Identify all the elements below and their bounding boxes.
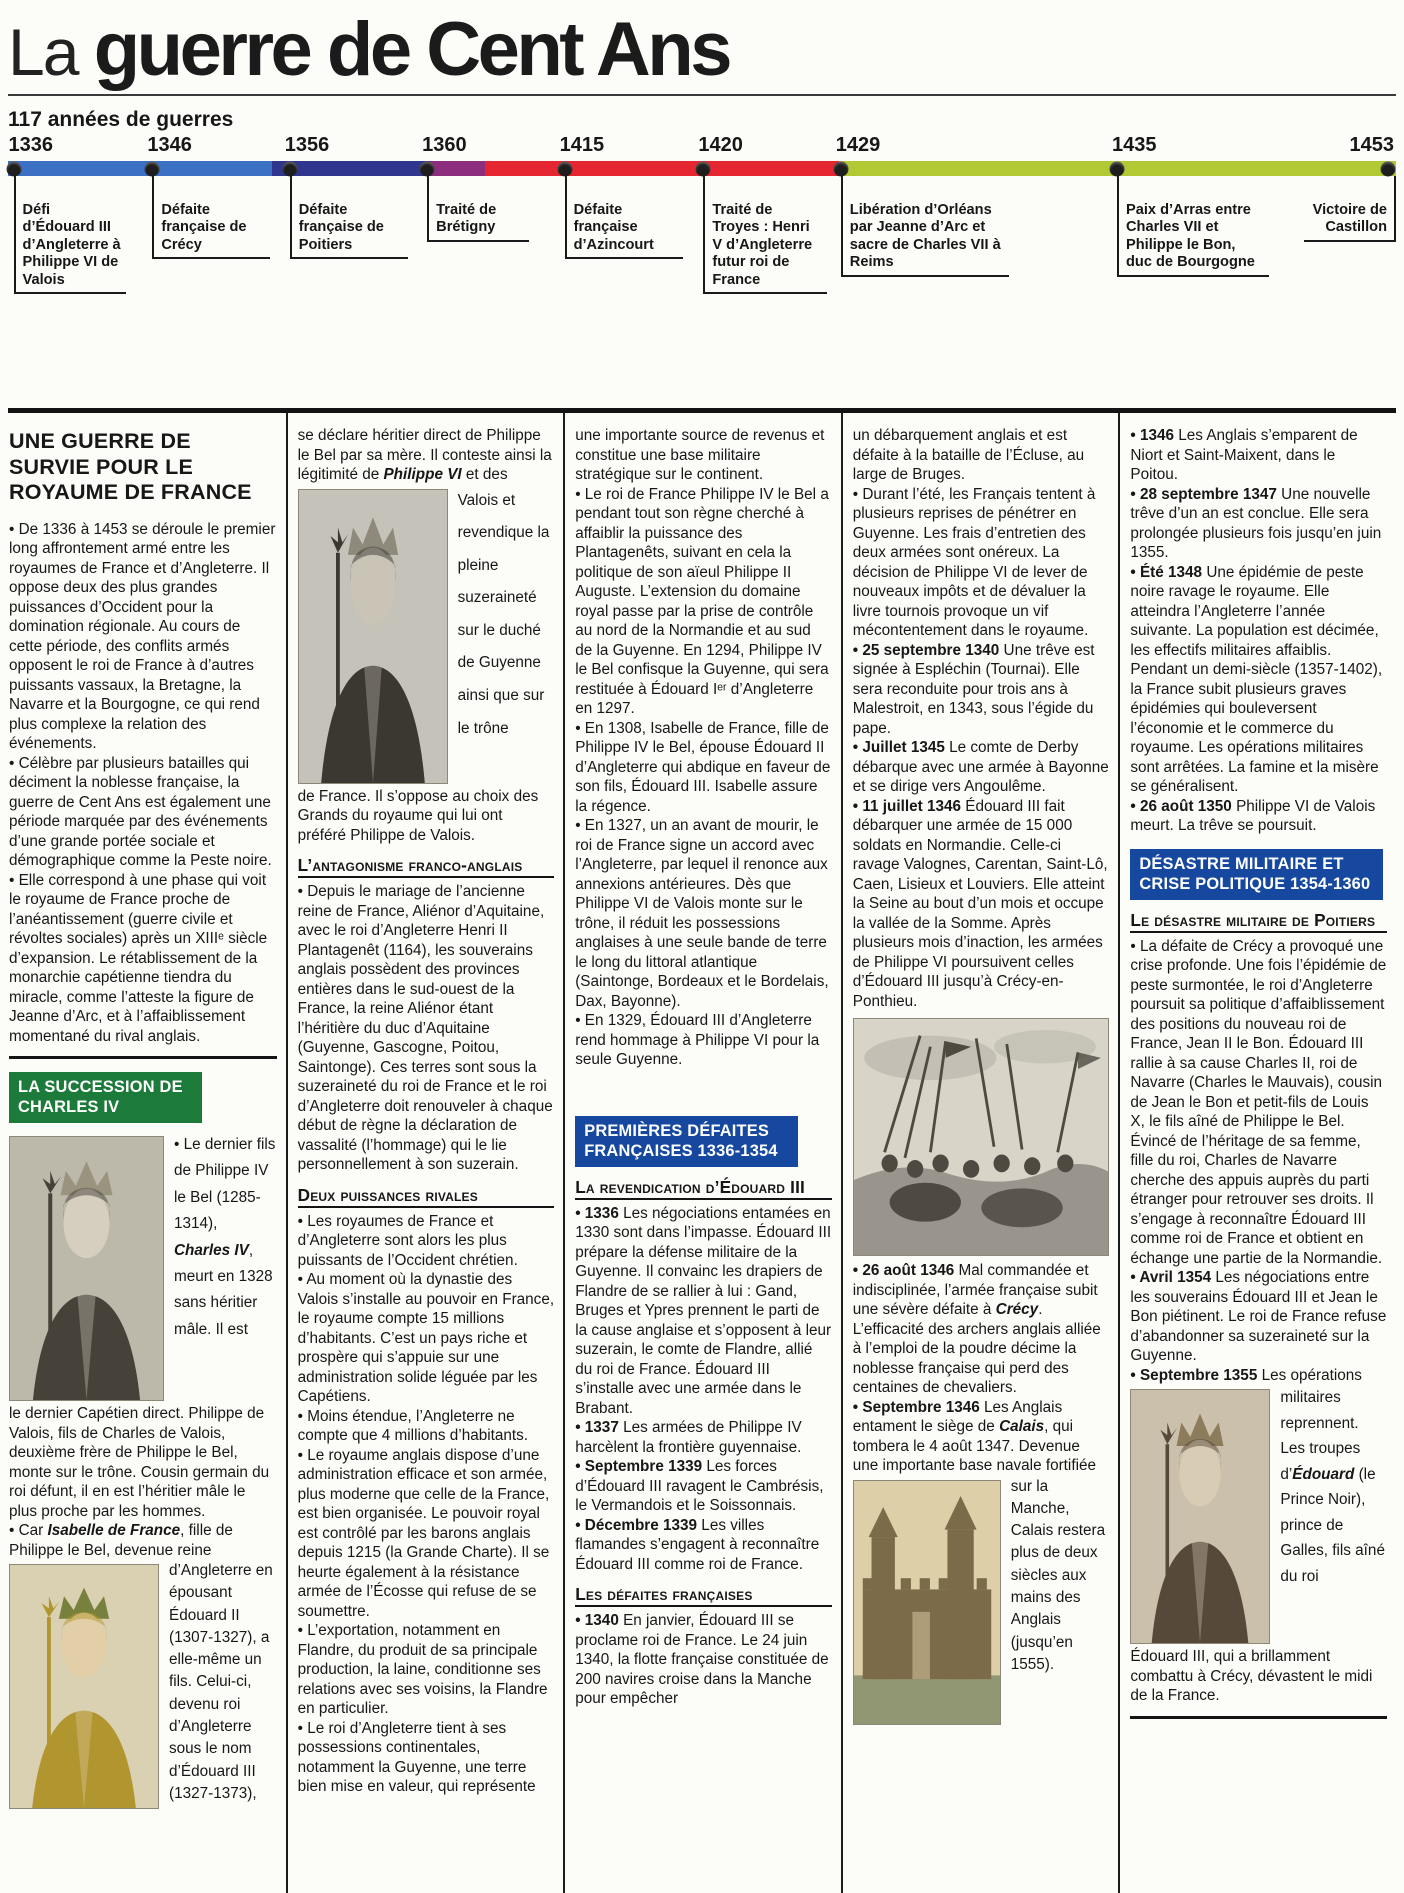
timeline-segment-purple xyxy=(430,161,486,176)
timeline-event-1453: Victoire de Castillon xyxy=(1304,176,1396,242)
column-3: une importante source de revenus et cons… xyxy=(563,413,841,1893)
timeline-segment-blue xyxy=(8,161,272,176)
timeline-year-1420: 1420 xyxy=(698,134,743,157)
timeline-dot-1435 xyxy=(1110,161,1125,176)
paragraph: • En 1329, Édouard III d’Angleterre rend… xyxy=(575,1011,832,1070)
paragraph: • 26 août 1350 Philippe VI de Valois meu… xyxy=(1130,797,1387,836)
timeline-dot-1336 xyxy=(6,161,21,176)
paragraph: • 26 août 1346 Mal commandée et indiscip… xyxy=(853,1261,1110,1398)
timeline-bar xyxy=(8,161,1396,176)
section-kicker: LA SUCCESSION DE CHARLES IV xyxy=(9,1072,202,1123)
timeline-event-1346: Défaite française de Crécy xyxy=(152,176,270,259)
section-kicker: DÉSASTRE MILITAIRE ET CRISE POLITIQUE 13… xyxy=(1130,849,1383,900)
paragraph: • Car Isabelle de France, fille de Phili… xyxy=(9,1521,277,1560)
paragraph: • Décembre 1339 Les villes flamandes s’e… xyxy=(575,1516,832,1575)
paragraph: • Au moment où la dynastie des Valois s’… xyxy=(298,1270,555,1407)
kicker-row: PREMIÈRES DÉFAITES FRANÇAISES 1336-1354 xyxy=(575,1116,832,1167)
paragraph: le dernier Capétien direct. Philippe de … xyxy=(9,1404,277,1521)
timeline-year-1453: 1453 xyxy=(1350,134,1395,157)
timeline-dot-1415 xyxy=(557,161,572,176)
paragraph: une importante source de revenus et cons… xyxy=(575,426,832,485)
kicker-row: DÉSASTRE MILITAIRE ET CRISE POLITIQUE 13… xyxy=(1130,849,1387,900)
bold-date: • Septembre 1346 xyxy=(853,1399,980,1416)
paragraph: militaires reprennent. Les troupes d’Édo… xyxy=(1130,1385,1387,1589)
column-4: un débarquement anglais et est défaite à… xyxy=(841,413,1119,1893)
column-2: se déclare héritier direct de Philippe l… xyxy=(286,413,564,1893)
timeline-event-1435: Paix d’Arras entre Charles VII et Philip… xyxy=(1117,176,1269,277)
page-title: La guerre de Cent Ans xyxy=(8,6,1396,102)
crecy-battle-engraving xyxy=(853,1018,1110,1256)
timeline-dot-1360 xyxy=(420,161,435,176)
paragraph: • Moins étendue, l’Angleterre ne compte … xyxy=(298,1407,555,1446)
paragraph: Édouard III, qui a brillamment combattu … xyxy=(1130,1647,1387,1706)
paragraph: Valois et revendique la pleine suzeraine… xyxy=(298,485,555,746)
timeline-year-1336: 1336 xyxy=(9,134,54,157)
paragraph: • Le roi de France Philippe IV le Bel a … xyxy=(575,485,832,719)
paragraph: de France. Il s’oppose au choix des Gran… xyxy=(298,787,555,846)
bold-date: • Décembre 1339 xyxy=(575,1517,697,1534)
emphasis-name: Édouard xyxy=(1292,1466,1354,1483)
bold-date: • 28 septembre 1347 xyxy=(1130,486,1277,503)
bold-date: • 26 août 1346 xyxy=(853,1262,954,1279)
charles-iv-portrait xyxy=(9,1136,164,1401)
section-heading: UNE GUERRE DE SURVIE POUR LE ROYAUME DE … xyxy=(9,429,277,506)
paragraph: • Le dernier fils de Philippe IV le Bel … xyxy=(9,1132,277,1343)
subsection-heading: La revendication d’Édouard III xyxy=(575,1177,832,1200)
paragraph: • Durant l’été, les Français tentent à p… xyxy=(853,485,1110,641)
bold-date: • 1336 xyxy=(575,1205,619,1222)
paragraph: • L’exportation, notamment en Flandre, d… xyxy=(298,1621,555,1719)
title-rule xyxy=(8,94,1396,96)
column-5: • 1346 Les Anglais s’emparent de Niort e… xyxy=(1118,413,1396,1893)
subsection-heading: Deux puissances rivales xyxy=(298,1185,555,1208)
column-1: UNE GUERRE DE SURVIE POUR LE ROYAUME DE … xyxy=(8,413,286,1893)
paragraph: • 1346 Les Anglais s’emparent de Niort e… xyxy=(1130,426,1387,485)
paragraph: • En 1308, Isabelle de France, fille de … xyxy=(575,719,832,817)
section-kicker: PREMIÈRES DÉFAITES FRANÇAISES 1336-1354 xyxy=(575,1116,798,1167)
paragraph: • Le royaume anglais dispose d’une admin… xyxy=(298,1446,555,1622)
timeline-year-1346: 1346 xyxy=(147,134,192,157)
emphasis-name: Charles IV xyxy=(174,1242,249,1259)
paragraph: • 1340 En janvier, Édouard III se procla… xyxy=(575,1611,832,1709)
paragraph: • En 1327, un an avant de mourir, le roi… xyxy=(575,816,832,1011)
paragraph: • Avril 1354 Les négociations entre les … xyxy=(1130,1268,1387,1366)
timeline-event-1336: Défi d’Édouard III d’Angleterre à Philip… xyxy=(14,176,126,294)
title-main: guerre de Cent Ans xyxy=(94,7,729,92)
paragraph: se déclare héritier direct de Philippe l… xyxy=(298,426,555,485)
kicker-row: LA SUCCESSION DE CHARLES IV xyxy=(9,1072,277,1123)
bold-date: • Septembre 1339 xyxy=(575,1458,702,1475)
paragraph: • Les royaumes de France et d’Angleterre… xyxy=(298,1212,555,1271)
timeline-year-1435: 1435 xyxy=(1112,134,1157,157)
paragraph: • Septembre 1339 Les forces d’Édouard II… xyxy=(575,1457,832,1516)
timeline-dot-1429 xyxy=(833,161,848,176)
timeline-year-1356: 1356 xyxy=(285,134,330,157)
paragraph: • Célèbre par plusieurs batailles qui dé… xyxy=(9,754,277,871)
timeline-event-1415: Défaite française d’Azincourt xyxy=(565,176,683,259)
timeline-labels: Défi d’Édouard III d’Angleterre à Philip… xyxy=(8,176,1396,408)
paragraph: • Juillet 1345 Le comte de Derby débarqu… xyxy=(853,738,1110,797)
timeline-dot-1420 xyxy=(696,161,711,176)
timeline-dot-1356 xyxy=(282,161,297,176)
paragraph: • Elle correspond à une phase qui voit l… xyxy=(9,871,277,1047)
paragraph: • Été 1348 Une épidémie de peste noire r… xyxy=(1130,563,1387,797)
bold-date: • 1346 xyxy=(1130,427,1174,444)
paragraph: • 1336 Les négociations entamées en 1330… xyxy=(575,1204,832,1419)
philippe-vi-portrait xyxy=(298,489,448,784)
paragraph: un débarquement anglais et est défaite à… xyxy=(853,426,1110,485)
timeline-event-1356: Défaite française de Poitiers xyxy=(290,176,408,259)
bold-date: • 1340 xyxy=(575,1612,619,1629)
paragraph: • 25 septembre 1340 Une trêve est signée… xyxy=(853,641,1110,739)
emphasis-name: Isabelle de France xyxy=(48,1522,181,1539)
paragraph: • 11 juillet 1346 Édouard III fait débar… xyxy=(853,797,1110,1012)
emphasis-name: Crécy xyxy=(996,1301,1039,1318)
paragraph: • Septembre 1346 Les Anglais entament le… xyxy=(853,1398,1110,1476)
paragraph: • 28 septembre 1347 Une nouvelle trêve d… xyxy=(1130,485,1387,563)
bold-date: • 26 août 1350 xyxy=(1130,798,1231,815)
subsection-heading: Le désastre militaire de Poitiers xyxy=(1130,910,1387,933)
timeline-dot-1346 xyxy=(145,161,160,176)
timeline-event-1360: Traité de Brétigny xyxy=(427,176,529,242)
bold-date: • 11 juillet 1346 xyxy=(853,798,961,815)
timeline-event-1420: Traité de Troyes : Henri V d’Angleterre … xyxy=(703,176,827,294)
bold-date: • Juillet 1345 xyxy=(853,739,945,756)
emphasis-name: Philippe VI xyxy=(383,466,461,483)
timeline-heading: 117 années de guerres xyxy=(8,108,1396,132)
subsection-heading: L’antagonisme franco-anglais xyxy=(298,855,555,878)
bold-date: • 1337 xyxy=(575,1419,619,1436)
bold-date: • Été 1348 xyxy=(1130,564,1202,581)
subsection-heading: Les défaites françaises xyxy=(575,1584,832,1607)
timeline-dot-1453 xyxy=(1380,161,1395,176)
magazine-page: La guerre de Cent Ans 117 années de guer… xyxy=(0,0,1404,1893)
timeline-year-1415: 1415 xyxy=(560,134,605,157)
columns: UNE GUERRE DE SURVIE POUR LE ROYAUME DE … xyxy=(8,408,1396,1893)
section-rule xyxy=(1130,1716,1387,1719)
paragraph: • Septembre 1355 Les opérations xyxy=(1130,1366,1387,1386)
calais-siege-illustration xyxy=(853,1480,1001,1725)
section-rule xyxy=(9,1056,277,1059)
bold-date: • Avril 1354 xyxy=(1130,1269,1211,1286)
timeline-event-1429: Libération d’Orléans par Jeanne d’Arc et… xyxy=(841,176,1009,277)
timeline-segment-red xyxy=(485,161,839,176)
paragraph: • De 1336 à 1453 se déroule le premier l… xyxy=(9,520,277,754)
paragraph: • Le roi d’Angleterre tient à ses posses… xyxy=(298,1719,555,1797)
paragraph: • Depuis le mariage de l’ancienne reine … xyxy=(298,882,555,1175)
isabelle-de-france-portrait xyxy=(9,1564,159,1809)
paragraph: sur la Manche, Calais restera plus de de… xyxy=(853,1476,1110,1677)
timeline-years: 133613461356136014151420142914351453 xyxy=(8,134,1396,161)
paragraph: • 1337 Les armées de Philippe IV harcèle… xyxy=(575,1418,832,1457)
bold-date: • Septembre 1355 xyxy=(1130,1367,1257,1384)
timeline-year-1360: 1360 xyxy=(422,134,467,157)
edouard-prince-noir-portrait xyxy=(1130,1389,1270,1644)
title-article: La xyxy=(8,15,94,89)
paragraph: d’Angleterre en épousant Édouard II (130… xyxy=(9,1560,277,1805)
page-header: La guerre de Cent Ans 117 années de guer… xyxy=(8,6,1396,408)
paragraph: • La défaite de Crécy a provoqué une cri… xyxy=(1130,937,1387,1269)
bold-date: • 25 septembre 1340 xyxy=(853,642,1000,659)
timeline-year-1429: 1429 xyxy=(836,134,881,157)
emphasis-name: Calais xyxy=(999,1418,1044,1435)
